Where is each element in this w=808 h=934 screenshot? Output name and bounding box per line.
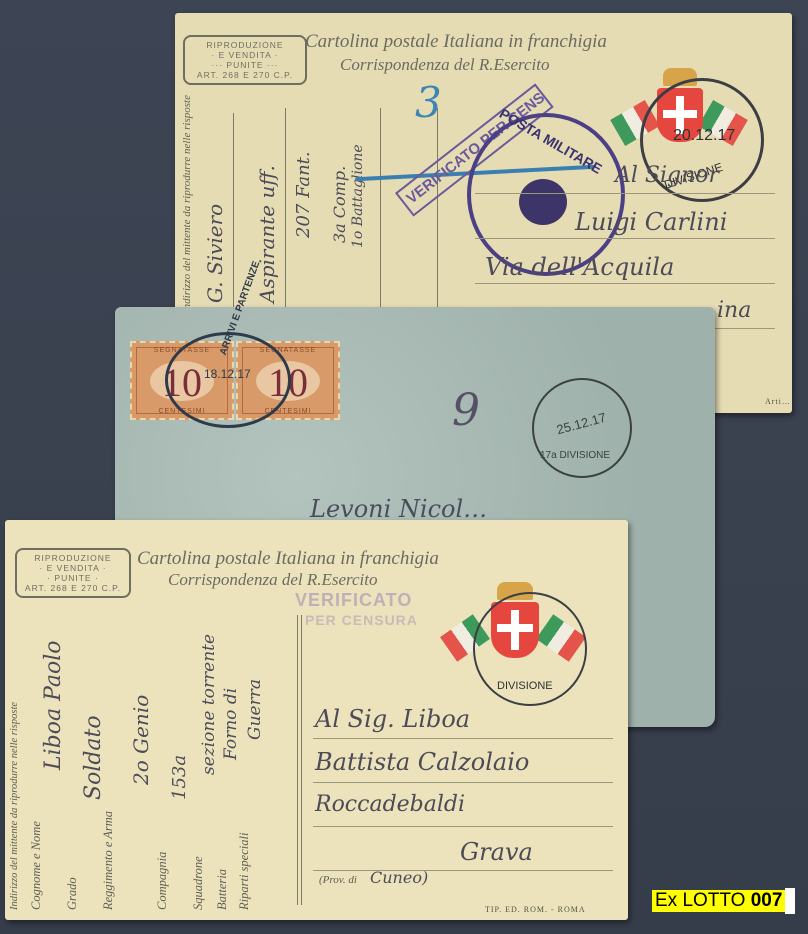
censor-oval-stamp: POSTA MILITARE bbox=[467, 113, 625, 276]
postmark-division: DIVISIONE bbox=[497, 680, 553, 692]
sender-name: G. Siviero bbox=[203, 204, 227, 303]
card-subtitle: Corrispondenza del R.Esercito bbox=[168, 570, 378, 590]
side-caption: Indirizzo del mittente da riprodurre nel… bbox=[9, 702, 20, 910]
arrival-cancel: 18.12.17 ARRIVI E PARTENZE bbox=[165, 332, 291, 428]
field-value-riparti: Guerra bbox=[245, 679, 265, 740]
faint-censor-stamp-2: PER CENSURA bbox=[305, 612, 418, 628]
address-line bbox=[313, 782, 613, 783]
postmark-date: 20.12.17 bbox=[673, 127, 735, 145]
card-subtitle: Corrispondenza del R.Esercito bbox=[340, 55, 550, 75]
address-line bbox=[313, 826, 613, 827]
address-line bbox=[475, 193, 775, 194]
side-caption: Indirizzo del mittente da riprodurre nel… bbox=[181, 95, 193, 313]
blue-pencil-mark: 3 bbox=[415, 78, 442, 127]
ornament-line: · E VENDITA · bbox=[23, 563, 123, 573]
form-divider bbox=[301, 615, 302, 905]
field-value-cognome: Liboa Paolo bbox=[41, 640, 66, 770]
field-label-grado: Grado bbox=[65, 877, 80, 910]
address-line-3: Roccadebaldi bbox=[315, 792, 465, 817]
field-value-grado: Soldato bbox=[81, 715, 106, 800]
field-value-compagnia: 153a bbox=[169, 755, 190, 800]
ornament-line: · PUNITE · bbox=[23, 573, 123, 583]
lot-label: Ex LOTTO 007 bbox=[652, 888, 795, 914]
ornament-line: · E VENDITA · bbox=[191, 50, 299, 60]
bottom-postcard: RIPRODUZIONE · E VENDITA · · PUNITE · AR… bbox=[5, 520, 628, 920]
address-line-1: Al Signor bbox=[615, 163, 719, 188]
card-title: Cartolina postale Italiana in franchigia bbox=[137, 548, 439, 570]
field-label-compagnia: Compagnia bbox=[155, 852, 170, 910]
lot-prefix: Ex LOTTO bbox=[655, 890, 751, 911]
ink-blot bbox=[519, 179, 567, 225]
lot-number: 007 bbox=[751, 890, 783, 911]
censor-oval-text: POSTA MILITARE bbox=[497, 105, 605, 177]
ornament-line: ART. 268 E 270 C.P. bbox=[191, 70, 299, 80]
address-line-2: Battista Calzolaio bbox=[315, 748, 529, 776]
postmark-division: 17a DIVISIONE bbox=[540, 450, 610, 461]
divider bbox=[437, 108, 438, 308]
address-line bbox=[475, 238, 775, 239]
ornament-line: ART. 268 E 270 C.P. bbox=[23, 583, 123, 593]
ornament-line: ··· PUNITE ··· bbox=[191, 60, 299, 70]
faint-censor-stamp: VERIFICATO bbox=[295, 590, 412, 611]
address-line-4: Grava bbox=[460, 838, 533, 866]
field-value-reggimento: 2o Genio bbox=[129, 695, 153, 785]
postmark-date: 25.12.17 bbox=[555, 410, 608, 438]
field-label-batteria: Batteria bbox=[215, 869, 230, 910]
ornament-box: RIPRODUZIONE · E VENDITA · ··· PUNITE ··… bbox=[183, 35, 307, 85]
address-line-3: Via dell'Acquila bbox=[485, 253, 674, 281]
address-line-2: Luigi Carlini bbox=[575, 208, 727, 236]
field-label-squadrone: Squadrone bbox=[191, 856, 206, 910]
field-label-riparti: Riparti speciali bbox=[237, 833, 252, 910]
military-postmark-envelope: 25.12.17 17a DIVISIONE bbox=[532, 378, 632, 478]
sender-battalion: 1o Battaglione bbox=[350, 144, 366, 248]
divider bbox=[285, 108, 286, 308]
field-value-squadrone: sezione torrente bbox=[199, 634, 219, 775]
field-value-batteria: Forno di bbox=[221, 688, 241, 760]
field-label-reggimento: Reggimento e Arma bbox=[101, 811, 116, 910]
corner-print: Arti… bbox=[765, 397, 791, 406]
ornament-box: RIPRODUZIONE · E VENDITA · · PUNITE · AR… bbox=[15, 548, 131, 598]
divider bbox=[233, 113, 234, 308]
address-line bbox=[313, 870, 613, 871]
province-label: (Prov. di bbox=[319, 874, 357, 886]
sender-rank: Aspirante uff. bbox=[255, 165, 279, 303]
sender-company: 3a Comp. bbox=[330, 166, 349, 243]
ornament-line: RIPRODUZIONE bbox=[23, 553, 123, 563]
province-value: Cuneo) bbox=[370, 868, 428, 887]
printer-imprint: TIP. ED. ROM. - ROMA bbox=[485, 905, 586, 914]
lot-label-tail bbox=[785, 888, 795, 914]
cancel-date: 18.12.17 bbox=[204, 367, 251, 381]
divider bbox=[380, 108, 381, 308]
pencil-mark: 9 bbox=[452, 385, 480, 436]
lot-label-text: Ex LOTTO 007 bbox=[652, 890, 785, 912]
address-line bbox=[313, 738, 613, 739]
form-divider bbox=[297, 615, 298, 905]
card-title: Cartolina postale Italiana in franchigia bbox=[305, 31, 607, 53]
field-label-cognome: Cognome e Nome bbox=[29, 821, 44, 910]
address-line bbox=[475, 283, 775, 284]
ornament-line: RIPRODUZIONE bbox=[191, 40, 299, 50]
military-postmark: DIVISIONE bbox=[473, 592, 587, 706]
envelope-address: Levoni Nicol… bbox=[310, 495, 487, 523]
address-line-1: Al Sig. Liboa bbox=[315, 705, 470, 733]
sender-regiment: 207 Fant. bbox=[293, 151, 314, 238]
